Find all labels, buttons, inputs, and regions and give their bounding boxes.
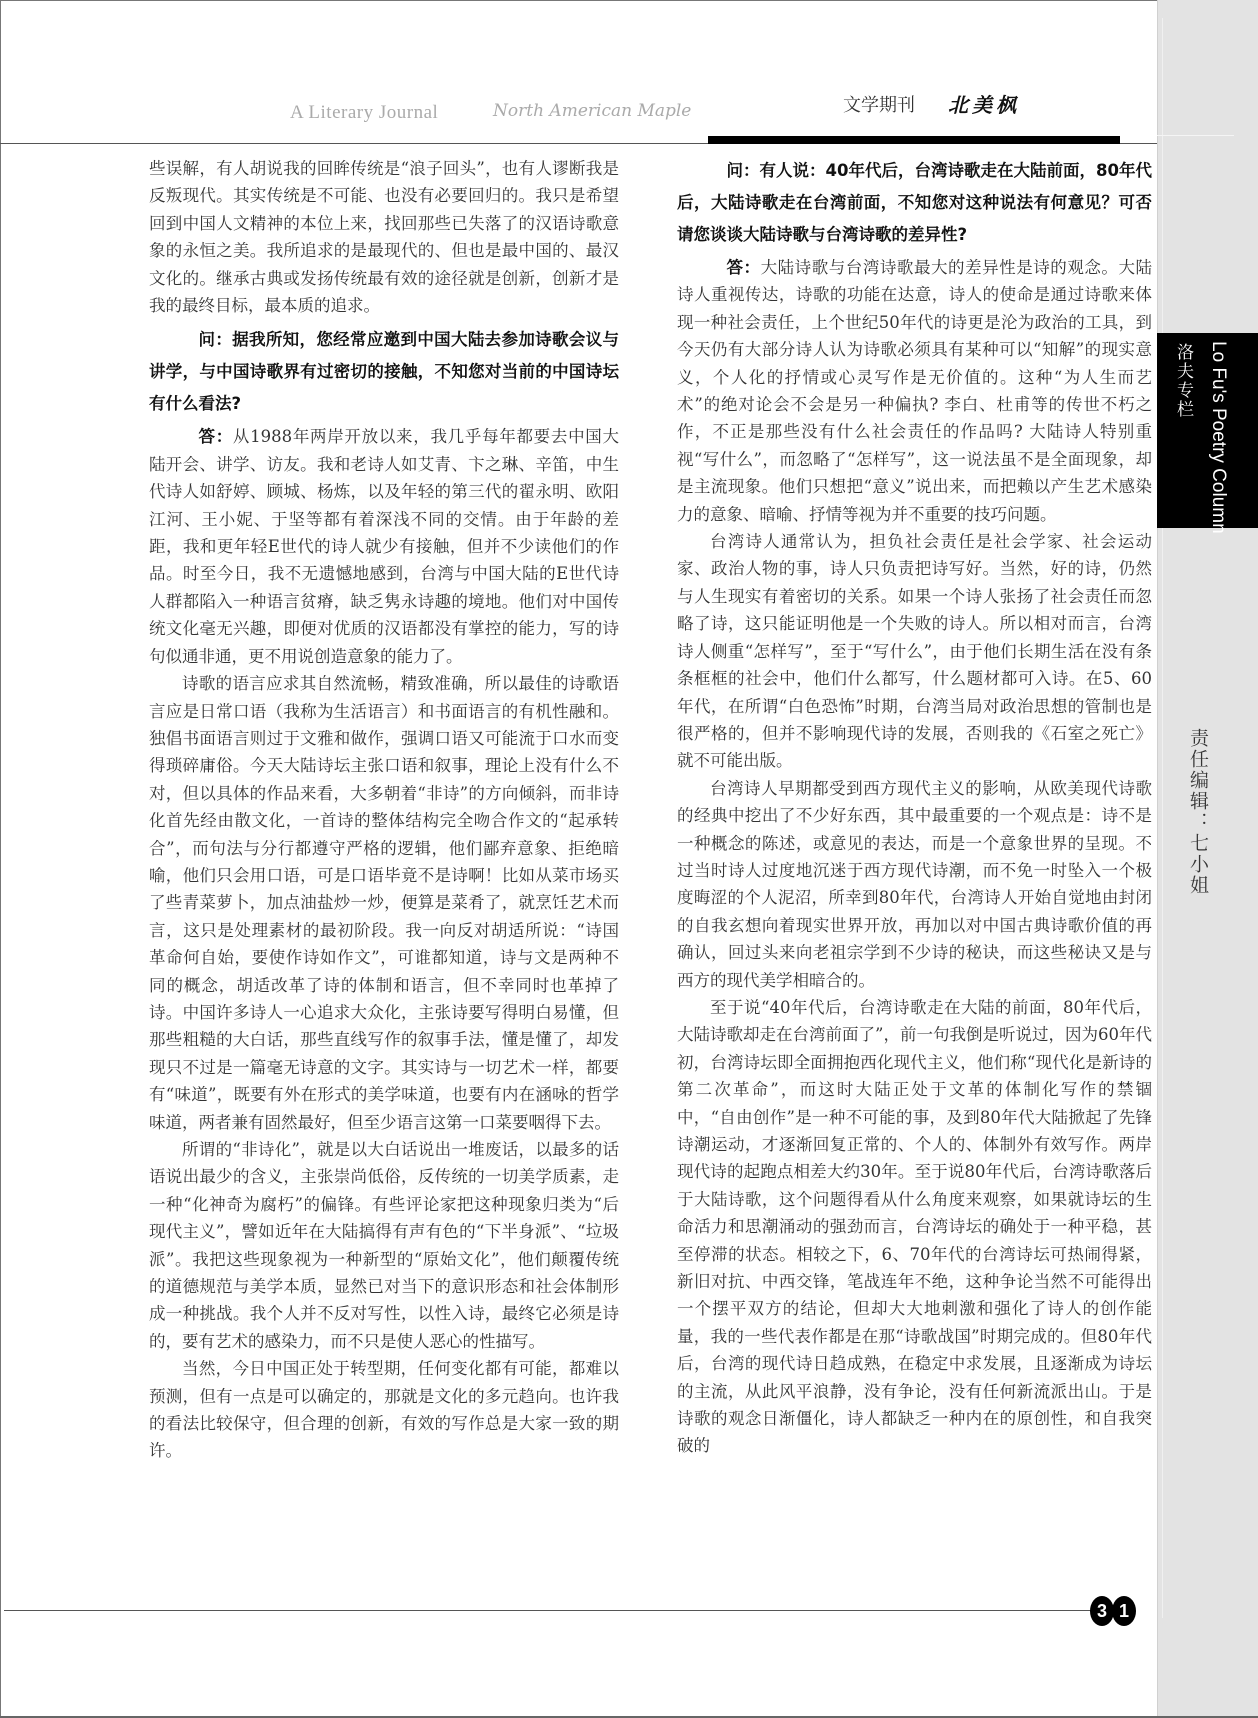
question-label: 问： (199, 330, 233, 349)
question: 问：据我所知，您经常应邀到中国大陆去参加诗歌会议与讲学，与中国诗歌界有过密切的接… (149, 324, 619, 420)
right-column: 问：有人说：40年代后，台湾诗歌走在大陆前面，80年代后，大陆诗歌走在台湾前面，… (677, 155, 1152, 1460)
footer-rule (4, 1610, 1094, 1611)
sidebar-divider-horizontal (1157, 135, 1234, 136)
paragraph: 所谓的“非诗化”，就是以大白话说出一堆废话，以最多的话语说出最少的含义，主张崇尚… (149, 1136, 619, 1355)
answer-label: 答： (727, 258, 761, 277)
answer-text: 从1988年两岸开放以来，我几乎每年都要去中国大陆开会、讲学、访友。我和老诗人如… (149, 427, 619, 665)
page-number-digit: 3 (1090, 1596, 1114, 1626)
column-tab: 洛夫专栏 Lo Fu's Poetry Column (1157, 333, 1258, 528)
answer-text: 大陆诗歌与台湾诗歌最大的差异性是诗的观念。大陆诗人重视传达，诗歌的功能在达意，诗… (677, 258, 1152, 524)
column-title-en: Lo Fu's Poetry Column (1207, 341, 1229, 521)
column-title-cn: 洛夫专栏 (1175, 343, 1195, 419)
answer: 答：大陆诗歌与台湾诗歌最大的差异性是诗的观念。大陆诗人重视传达，诗歌的功能在达意… (677, 254, 1152, 528)
paragraph: 诗歌的语言应求其自然流畅，精致准确，所以最佳的诗歌语言应是日常口语（我称为生活语… (149, 670, 619, 1136)
paragraph: 台湾诗人早期都受到西方现代主义的影响，从欧美现代诗歌的经典中挖出了不少好东西，其… (677, 775, 1152, 994)
question-label: 问： (727, 161, 760, 180)
paragraph: 台湾诗人通常认为，担负社会责任是社会学家、社会运动家、政治人物的事，诗人只负责把… (677, 528, 1152, 775)
left-column: 些误解，有人胡说我的回眸传统是“浪子回头”，也有人谬断我是反叛现代。其实传统是不… (149, 155, 619, 1465)
sidebar-divider (1162, 18, 1163, 1618)
paragraph: 至于说“40年代后，台湾诗歌走在大陆的前面，80年代后，大陆诗歌却走在台湾前面了… (677, 994, 1152, 1460)
page-number: 3 1 (1090, 1596, 1134, 1626)
journal-name-en: North American Maple (493, 101, 691, 121)
answer: 答：从1988年两岸开放以来，我几乎每年都要去中国大陆开会、讲学、访友。我和老诗… (149, 423, 619, 670)
journal-label-cn: 文学期刊 (843, 91, 915, 117)
header-accent-bar (708, 136, 1120, 144)
page-number-digit: 1 (1112, 1596, 1136, 1626)
editor-credit: 责任编辑：七小姐 (1180, 728, 1210, 896)
journal-subtitle-en: A Literary Journal (290, 102, 438, 124)
paragraph: 当然，今日中国正处于转型期，任何变化都有可能，都难以预测，但有一点是可以确定的，… (149, 1355, 619, 1465)
paragraph: 些误解，有人胡说我的回眸传统是“浪子回头”，也有人谬断我是反叛现代。其实传统是不… (149, 155, 619, 319)
answer-label: 答： (199, 427, 233, 446)
journal-brand-cn: 北美枫 (948, 89, 1020, 118)
question: 问：有人说：40年代后，台湾诗歌走在大陆前面，80年代后，大陆诗歌走在台湾前面，… (677, 155, 1152, 251)
